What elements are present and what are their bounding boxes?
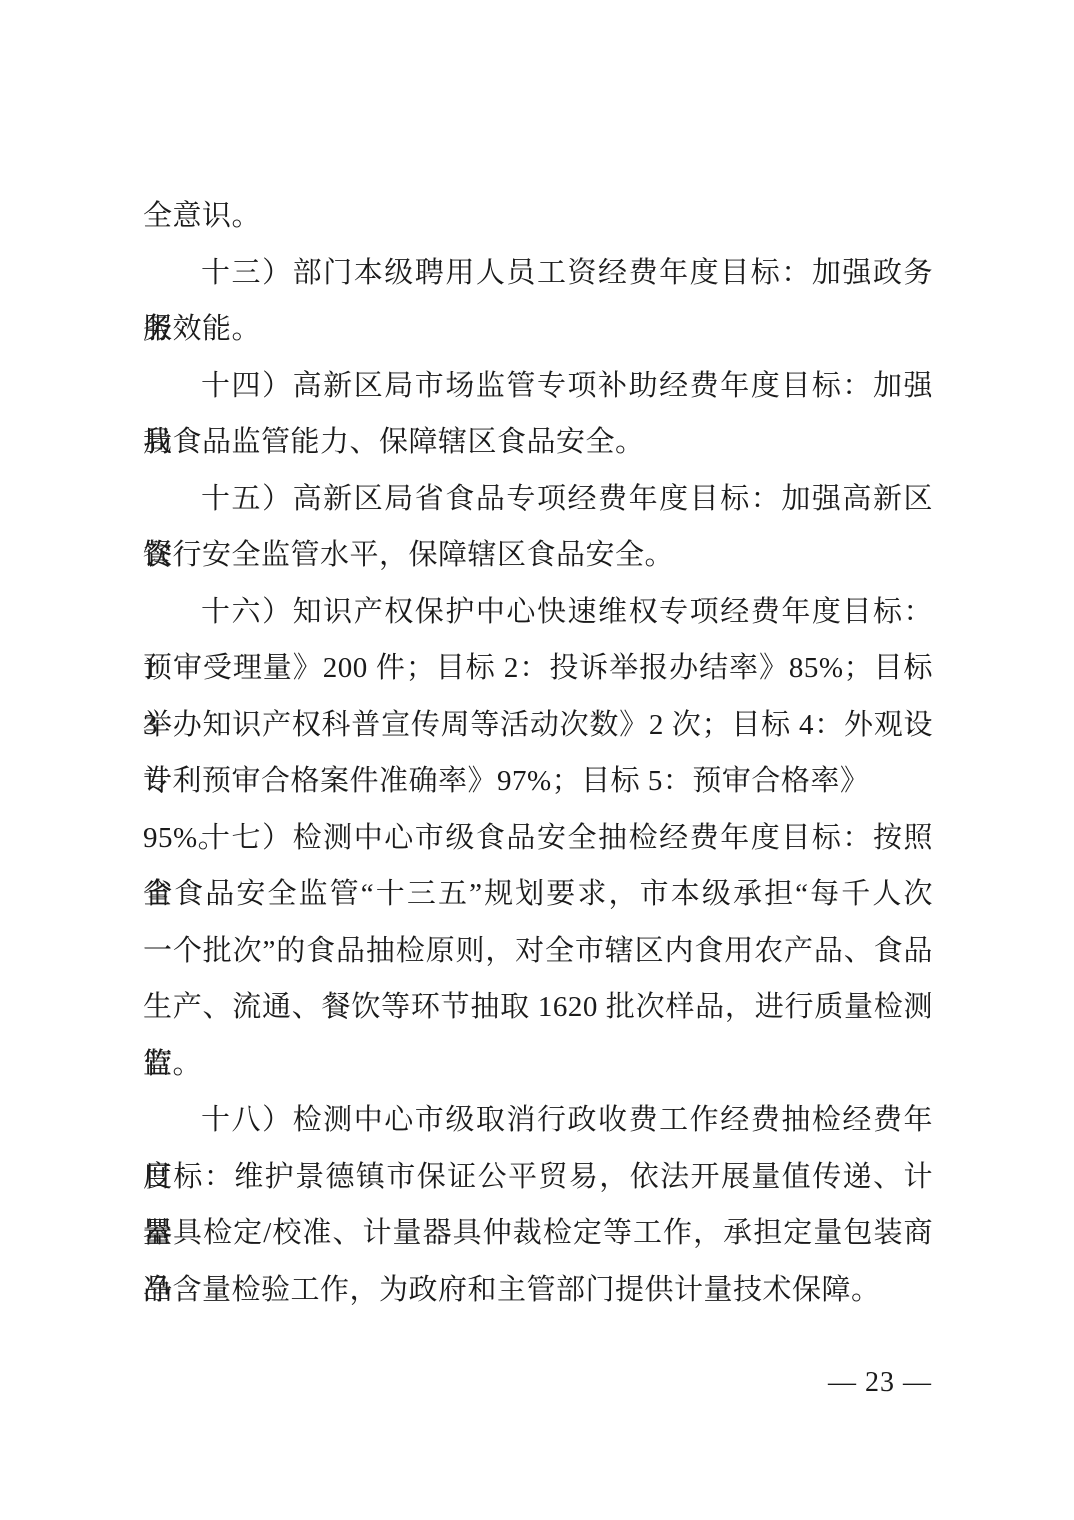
text-line: 全意识。 (143, 188, 933, 245)
text-line: 十四）高新区局市场监管专项补助经费年度目标：加强我 (143, 358, 933, 415)
text-line: 预审受理量》200 件；目标 2：投诉举报办结率》85%；目标 3： (143, 640, 933, 697)
text-line: 十三）部门本级聘用人员工资经费年度目标：加强政务服 (143, 245, 933, 302)
text-line: 局食品监管能力、保障辖区食品安全。 (143, 414, 933, 471)
text-line: 专利预审合格案件准确率》97%；目标 5：预审合格率》95%。 (143, 753, 933, 810)
text-line: 十七）检测中心市级食品安全抽检经费年度目标：按照全 (143, 810, 933, 867)
text-line: 十八）检测中心市级取消行政收费工作经费抽检经费年度 (143, 1092, 933, 1149)
document-body: 全意识。 十三）部门本级聘用人员工资经费年度目标：加强政务服 务效能。 十四）高… (143, 188, 933, 1318)
text-line: 管。 (143, 1036, 933, 1093)
page-footer: — 23 — (828, 1366, 932, 1400)
text-line: 目标：维护景德镇市保证公平贸易，依法开展量值传递、计量 (143, 1149, 933, 1206)
text-line: 省食品安全监管“十三五”规划要求，市本级承担“每千人次 (143, 866, 933, 923)
text-line: 十五）高新区局省食品专项经费年度目标：加强高新区餐 (143, 471, 933, 528)
text-line: 务效能。 (143, 301, 933, 358)
text-line: 器具检定/校准、计量器具仲裁检定等工作，承担定量包装商品 (143, 1205, 933, 1262)
text-line: 举办知识产权科普宣传周等活动次数》2 次；目标 4：外观设计 (143, 697, 933, 754)
page-number: — 23 — (828, 1367, 932, 1398)
text-line: 生产、流通、餐饮等环节抽取 1620 批次样品，进行质量检测监 (143, 979, 933, 1036)
text-line: 十六）知识产权保护中心快速维权专项经费年度目标：1： (143, 584, 933, 641)
document-page: 全意识。 十三）部门本级聘用人员工资经费年度目标：加强政务服 务效能。 十四）高… (0, 0, 1074, 1520)
text-line: 饮行安全监管水平，保障辖区食品安全。 (143, 527, 933, 584)
text-line: 一个批次”的食品抽检原则，对全市辖区内食用农产品、食品 (143, 923, 933, 980)
text-line: 净含量检验工作，为政府和主管部门提供计量技术保障。 (143, 1262, 933, 1319)
